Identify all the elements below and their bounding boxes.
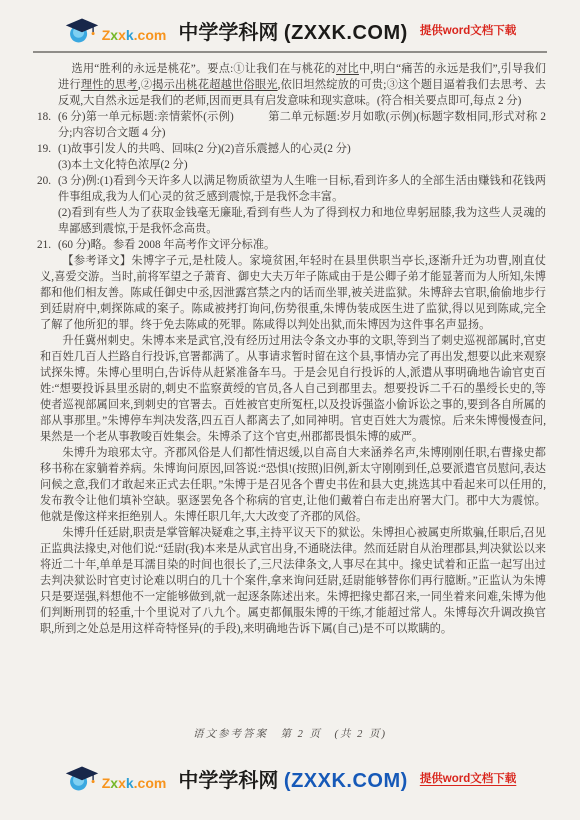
zxxk-logo-text: Zxxk.com bbox=[102, 776, 167, 793]
zxxk-logo-text: Zxxk.com bbox=[102, 28, 167, 45]
site-banner-bottom: Zxxk.com 中学学科网 (ZXXK.COM) 提供word文档下载 bbox=[33, 757, 547, 799]
answer-item: 18.(6 分)第一单元标题:亲情萦怀(示例) 第二单元标题:岁月如歌(示例)(… bbox=[58, 109, 546, 141]
site-domain: (ZXXK.COM) bbox=[284, 770, 408, 792]
answer-intro: 选用“胜利的永远是桃花”。要点:①让我们在与桃花的对比中,明白“痛苦的永远是我们… bbox=[58, 61, 546, 109]
translation-label: 【参考译文】 bbox=[62, 255, 131, 267]
item-number: 20. bbox=[37, 173, 51, 189]
answer-items: 18.(6 分)第一单元标题:亲情萦怀(示例) 第二单元标题:岁月如歌(示例)(… bbox=[58, 109, 546, 253]
item-number: 21. bbox=[37, 237, 51, 253]
promo-text: 提供word文档下载 bbox=[420, 770, 516, 786]
item-text: (1)故事引发人的共鸣、回味(2 分)(2)音乐震撼人的心灵(2 分) bbox=[58, 141, 546, 157]
item-text: (2)看到有些人为了获取金钱毫无廉耻,看到有些人为了得到权力和地位卑躬屈膝,我为… bbox=[58, 205, 546, 237]
site-name: 中学学科网 bbox=[178, 770, 278, 792]
item-number: 18. bbox=[37, 109, 51, 125]
graduation-cap-icon bbox=[64, 764, 100, 793]
answer-item: 21.(60 分)略。参看 2008 年高考作文评分标准。 bbox=[58, 237, 546, 253]
zxxk-logo: Zxxk.com bbox=[64, 764, 167, 793]
promo-text: 提供word文档下载 bbox=[420, 22, 516, 38]
site-banner-top: Zxxk.com 中学学科网 (ZXXK.COM) 提供word文档下载 bbox=[33, 9, 547, 53]
translation-paragraph: 朱博升为琅邪太守。齐郡风俗是人们都性情迟缓,以自高自大来涵养名声,朱博刚刚任职,… bbox=[40, 445, 546, 525]
page-footer: 语文参考答案 第 2 页 (共 2 页) bbox=[0, 726, 580, 741]
intro-segment: 揭示出桃花超越世俗眼光 bbox=[152, 79, 277, 91]
graduation-cap-icon bbox=[64, 16, 100, 45]
site-domain: (ZXXK.COM) bbox=[284, 22, 408, 44]
intro-segment: 理性的思考 bbox=[81, 79, 138, 91]
item-number: 19. bbox=[37, 141, 51, 157]
translation-paragraph: 【参考译文】朱博字子元,是杜陵人。家境贫困,年轻时在县里供职当亭长,逐渐升迁为功… bbox=[40, 253, 546, 333]
translation-section: 【参考译文】朱博字子元,是杜陵人。家境贫困,年轻时在县里供职当亭长,逐渐升迁为功… bbox=[40, 253, 546, 637]
translation-paragraph: 升任冀州刺史。朱博本来是武官,没有经历过用法令条文办事的文职,等到当了刺史巡视部… bbox=[40, 333, 546, 445]
site-title: 中学学科网 (ZXXK.COM) bbox=[178, 764, 407, 793]
answers-section: 选用“胜利的永远是桃花”。要点:①让我们在与桃花的对比中,明白“痛苦的永远是我们… bbox=[40, 61, 546, 253]
answer-item: 20.(3 分)例:(1)看到今天许多人以满足物质欲望为人生唯一目标,看到许多人… bbox=[58, 173, 546, 237]
item-text: (3 分)例:(1)看到今天许多人以满足物质欲望为人生唯一目标,看到许多人的全部… bbox=[58, 173, 546, 205]
translation-paragraph: 朱博升任廷尉,职责是掌管解决疑难之事,主持平议天下的狱讼。朱博担心被属吏所欺骗,… bbox=[40, 525, 546, 637]
intro-segment: ,② bbox=[138, 79, 152, 91]
intro-segment: 选用“胜利的永远是桃花”。要点:①让我们在与桃花的 bbox=[71, 63, 336, 75]
scanned-page: Zxxk.com 中学学科网 (ZXXK.COM) 提供word文档下载 选用“… bbox=[0, 0, 580, 820]
site-title: 中学学科网 (ZXXK.COM) bbox=[178, 16, 407, 45]
intro-segment: 对比 bbox=[336, 63, 359, 75]
answer-item: 19.(1)故事引发人的共鸣、回味(2 分)(2)音乐震撼人的心灵(2 分)(3… bbox=[58, 141, 546, 173]
item-text: (60 分)略。参看 2008 年高考作文评分标准。 bbox=[58, 237, 546, 253]
answer-document: 选用“胜利的永远是桃花”。要点:①让我们在与桃花的对比中,明白“痛苦的永远是我们… bbox=[40, 61, 546, 637]
item-text: (3)本土文化特色浓厚(2 分) bbox=[58, 157, 546, 173]
item-text: (6 分)第一单元标题:亲情萦怀(示例) 第二单元标题:岁月如歌(示例)(标题字… bbox=[58, 109, 546, 141]
site-name: 中学学科网 bbox=[178, 22, 278, 44]
zxxk-logo: Zxxk.com bbox=[64, 16, 167, 45]
